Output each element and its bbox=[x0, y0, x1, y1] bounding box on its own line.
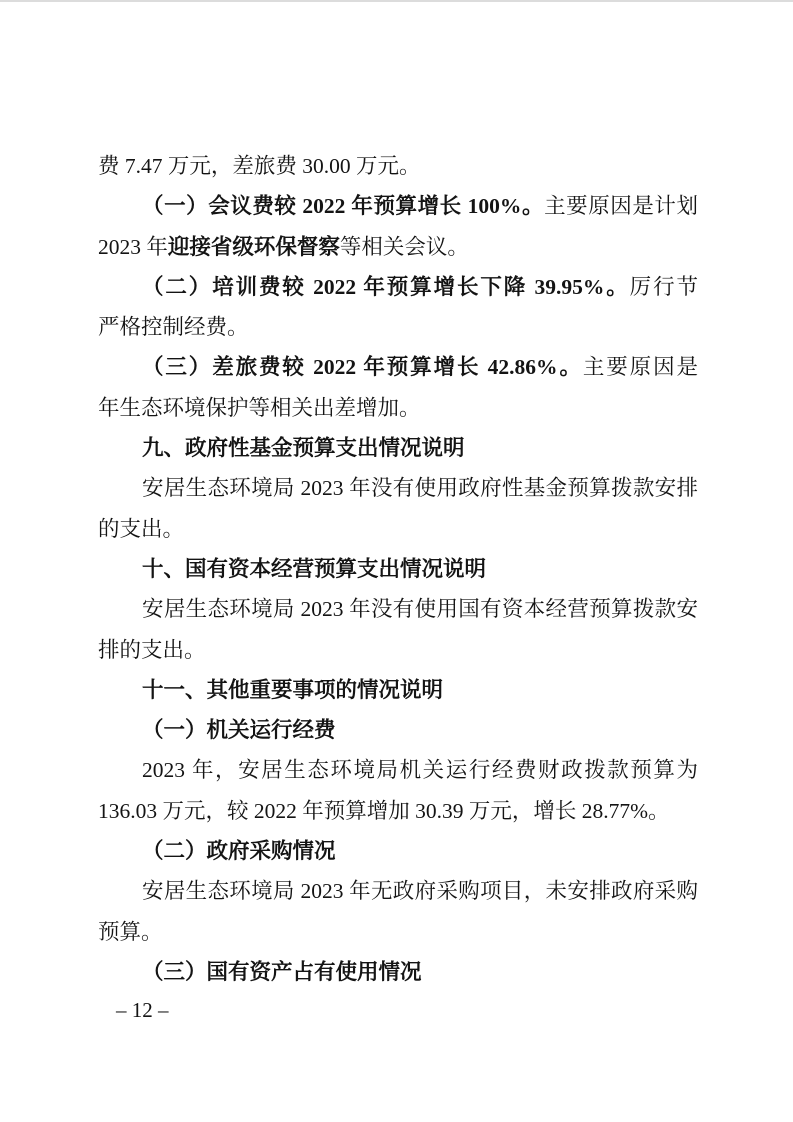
para-travel-fee-line2: 年生态环境保护等相关出差增加。 bbox=[98, 388, 698, 428]
emphasis-segment-inspection: 迎接省级环保督察 bbox=[168, 235, 340, 259]
para-operating-expense-line1: 2023 年，安居生态环境局机关运行经费财政拨款预算为 bbox=[98, 750, 698, 790]
text-segment: 预算。 bbox=[98, 920, 163, 944]
text-segment: 安居生态环境局 2023 年无政府采购项目，未安排政府采购 bbox=[142, 879, 698, 903]
text-segment: 2023 年，安居生态环境局机关运行经费财政拨款预算为 bbox=[142, 758, 698, 782]
heading-segment-section-11: 十一、其他重要事项的情况说明 bbox=[142, 678, 443, 702]
section-11-heading: 十一、其他重要事项的情况说明 bbox=[98, 670, 698, 710]
text-segment: 136.03 万元，较 2022 年预算增加 30.39 万元，增长 28.77… bbox=[98, 799, 670, 823]
para-continuation-line: 费 7.47 万元，差旅费 30.00 万元。 bbox=[98, 146, 698, 186]
para-operating-expense-line2: 136.03 万元，较 2022 年预算增加 30.39 万元，增长 28.77… bbox=[98, 791, 698, 831]
subsection-3-heading: （三）国有资产占有使用情况 bbox=[98, 952, 698, 992]
para-training-fee-line2: 严格控制经费。 bbox=[98, 307, 698, 347]
text-segment: 排的支出。 bbox=[98, 638, 206, 662]
heading-segment-section-10: 十、国有资本经营预算支出情况说明 bbox=[142, 557, 486, 581]
text-segment: 主要原因是计划 bbox=[544, 194, 698, 218]
heading-segment-procurement: （二）政府采购情况 bbox=[142, 839, 336, 863]
text-segment: 安居生态环境局 2023 年没有使用政府性基金预算拨款安排 bbox=[142, 476, 698, 500]
heading-segment-section-9: 九、政府性基金预算支出情况说明 bbox=[142, 436, 465, 460]
para-state-capital-line1: 安居生态环境局 2023 年没有使用国有资本经营预算拨款安 bbox=[98, 589, 698, 629]
para-govt-fund-line2: 的支出。 bbox=[98, 509, 698, 549]
subsection-2-heading: （二）政府采购情况 bbox=[98, 831, 698, 871]
heading-segment-operating-expense: （一）机关运行经费 bbox=[142, 718, 336, 742]
heading-segment-travel-fee: （三）差旅费较 2022 年预算增长 42.86%。 bbox=[142, 355, 583, 379]
para-procurement-line1: 安居生态环境局 2023 年无政府采购项目，未安排政府采购 bbox=[98, 871, 698, 911]
para-travel-fee-line1: （三）差旅费较 2022 年预算增长 42.86%。主要原因是 2023 bbox=[98, 347, 698, 387]
text-segment: 严格控制经费。 bbox=[98, 315, 249, 339]
para-training-fee-line1: （二）培训费较 2022 年预算增长下降 39.95%。厉行节约， bbox=[98, 267, 698, 307]
document-body: 费 7.47 万元，差旅费 30.00 万元。 （一）会议费较 2022 年预算… bbox=[98, 146, 698, 992]
text-segment: 等相关会议。 bbox=[340, 235, 469, 259]
para-state-capital-line2: 排的支出。 bbox=[98, 630, 698, 670]
text-segment: 2023 年 bbox=[98, 235, 168, 259]
text-segment: 年生态环境保护等相关出差增加。 bbox=[98, 396, 421, 420]
section-9-heading: 九、政府性基金预算支出情况说明 bbox=[98, 428, 698, 468]
text-segment: 安居生态环境局 2023 年没有使用国有资本经营预算拨款安 bbox=[142, 597, 698, 621]
page-top-edge-line bbox=[0, 0, 793, 2]
heading-segment-training-fee: （二）培训费较 2022 年预算增长下降 39.95%。 bbox=[142, 275, 630, 299]
text-segment: 的支出。 bbox=[98, 517, 184, 541]
para-meeting-fee-line2: 2023 年迎接省级环保督察等相关会议。 bbox=[98, 227, 698, 267]
para-meeting-fee-line1: （一）会议费较 2022 年预算增长 100%。主要原因是计划 bbox=[98, 186, 698, 226]
para-govt-fund-line1: 安居生态环境局 2023 年没有使用政府性基金预算拨款安排 bbox=[98, 468, 698, 508]
text-segment: 费 7.47 万元，差旅费 30.00 万元。 bbox=[98, 154, 421, 178]
subsection-1-heading: （一）机关运行经费 bbox=[98, 710, 698, 750]
heading-segment-state-assets: （三）国有资产占有使用情况 bbox=[142, 960, 422, 984]
page-number: – 12 – bbox=[116, 998, 169, 1022]
para-procurement-line2: 预算。 bbox=[98, 912, 698, 952]
heading-segment-meeting-fee: （一）会议费较 2022 年预算增长 100%。 bbox=[142, 194, 544, 218]
section-10-heading: 十、国有资本经营预算支出情况说明 bbox=[98, 549, 698, 589]
document-page: 费 7.47 万元，差旅费 30.00 万元。 （一）会议费较 2022 年预算… bbox=[0, 0, 793, 1122]
